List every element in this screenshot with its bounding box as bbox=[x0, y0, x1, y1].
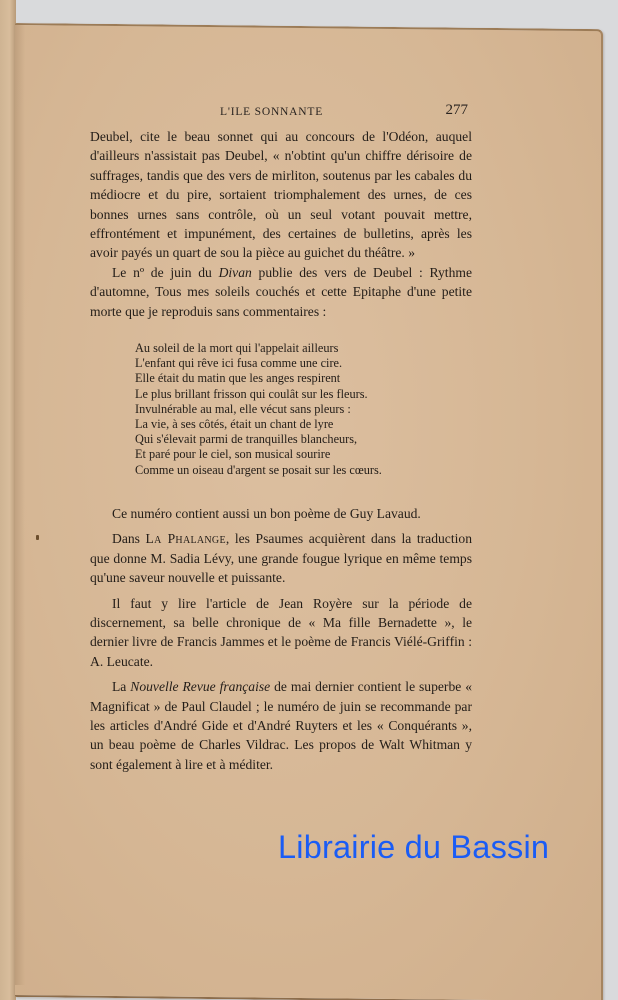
paragraph-deubel-quote: Deubel, cite le beau sonnet qui au conco… bbox=[90, 127, 472, 263]
poem-line: Elle était du matin que les anges respir… bbox=[135, 371, 472, 386]
poem-line: Au soleil de la mort qui l'appelait aill… bbox=[135, 341, 472, 356]
paragraph-royere: Il faut y lire l'article de Jean Royère … bbox=[90, 594, 472, 672]
spine-shadow bbox=[15, 25, 25, 985]
poem-line: Invulnérable au mal, elle vécut sans ple… bbox=[135, 402, 472, 417]
page-body: Deubel, cite le beau sonnet qui au conco… bbox=[90, 127, 472, 774]
paper-stain bbox=[36, 535, 39, 540]
poem-line: Comme un oiseau d'argent se posait sur l… bbox=[135, 463, 472, 478]
running-header: L'ILE SONNANTE 277 bbox=[90, 102, 468, 122]
poem-epitaphe: Au soleil de la mort qui l'appelait aill… bbox=[135, 341, 472, 478]
paragraph-divan: Le nº de juin du Divan publie des vers d… bbox=[90, 263, 472, 321]
running-title: L'ILE SONNANTE bbox=[220, 106, 323, 118]
paragraph-guy-lavaud: Ce numéro contient aussi un bon poème de… bbox=[90, 504, 472, 523]
previous-page-edge bbox=[0, 0, 16, 1000]
watermark-librairie: Librairie du Bassin bbox=[278, 829, 549, 866]
poem-line: Qui s'élevait parmi de tranquilles blanc… bbox=[135, 432, 472, 447]
poem-line: Et paré pour le ciel, son musical sourir… bbox=[135, 447, 472, 462]
poem-line: La vie, à ses côtés, était un chant de l… bbox=[135, 417, 472, 432]
page-number: 277 bbox=[446, 102, 469, 119]
paragraph-nrf: La Nouvelle Revue française de mai derni… bbox=[90, 677, 472, 774]
paragraph-phalange: Dans La Phalange, les Psaumes acquièrent… bbox=[90, 529, 472, 587]
journal-title-divan: Divan bbox=[219, 265, 252, 280]
journal-title-nrf: Nouvelle Revue française bbox=[130, 679, 270, 694]
poem-line: L'enfant qui rêve ici fusa comme une cir… bbox=[135, 356, 472, 371]
journal-title-phalange: La Phalange bbox=[146, 531, 226, 546]
poem-line: Le plus brillant frisson qui coulât sur … bbox=[135, 387, 472, 402]
